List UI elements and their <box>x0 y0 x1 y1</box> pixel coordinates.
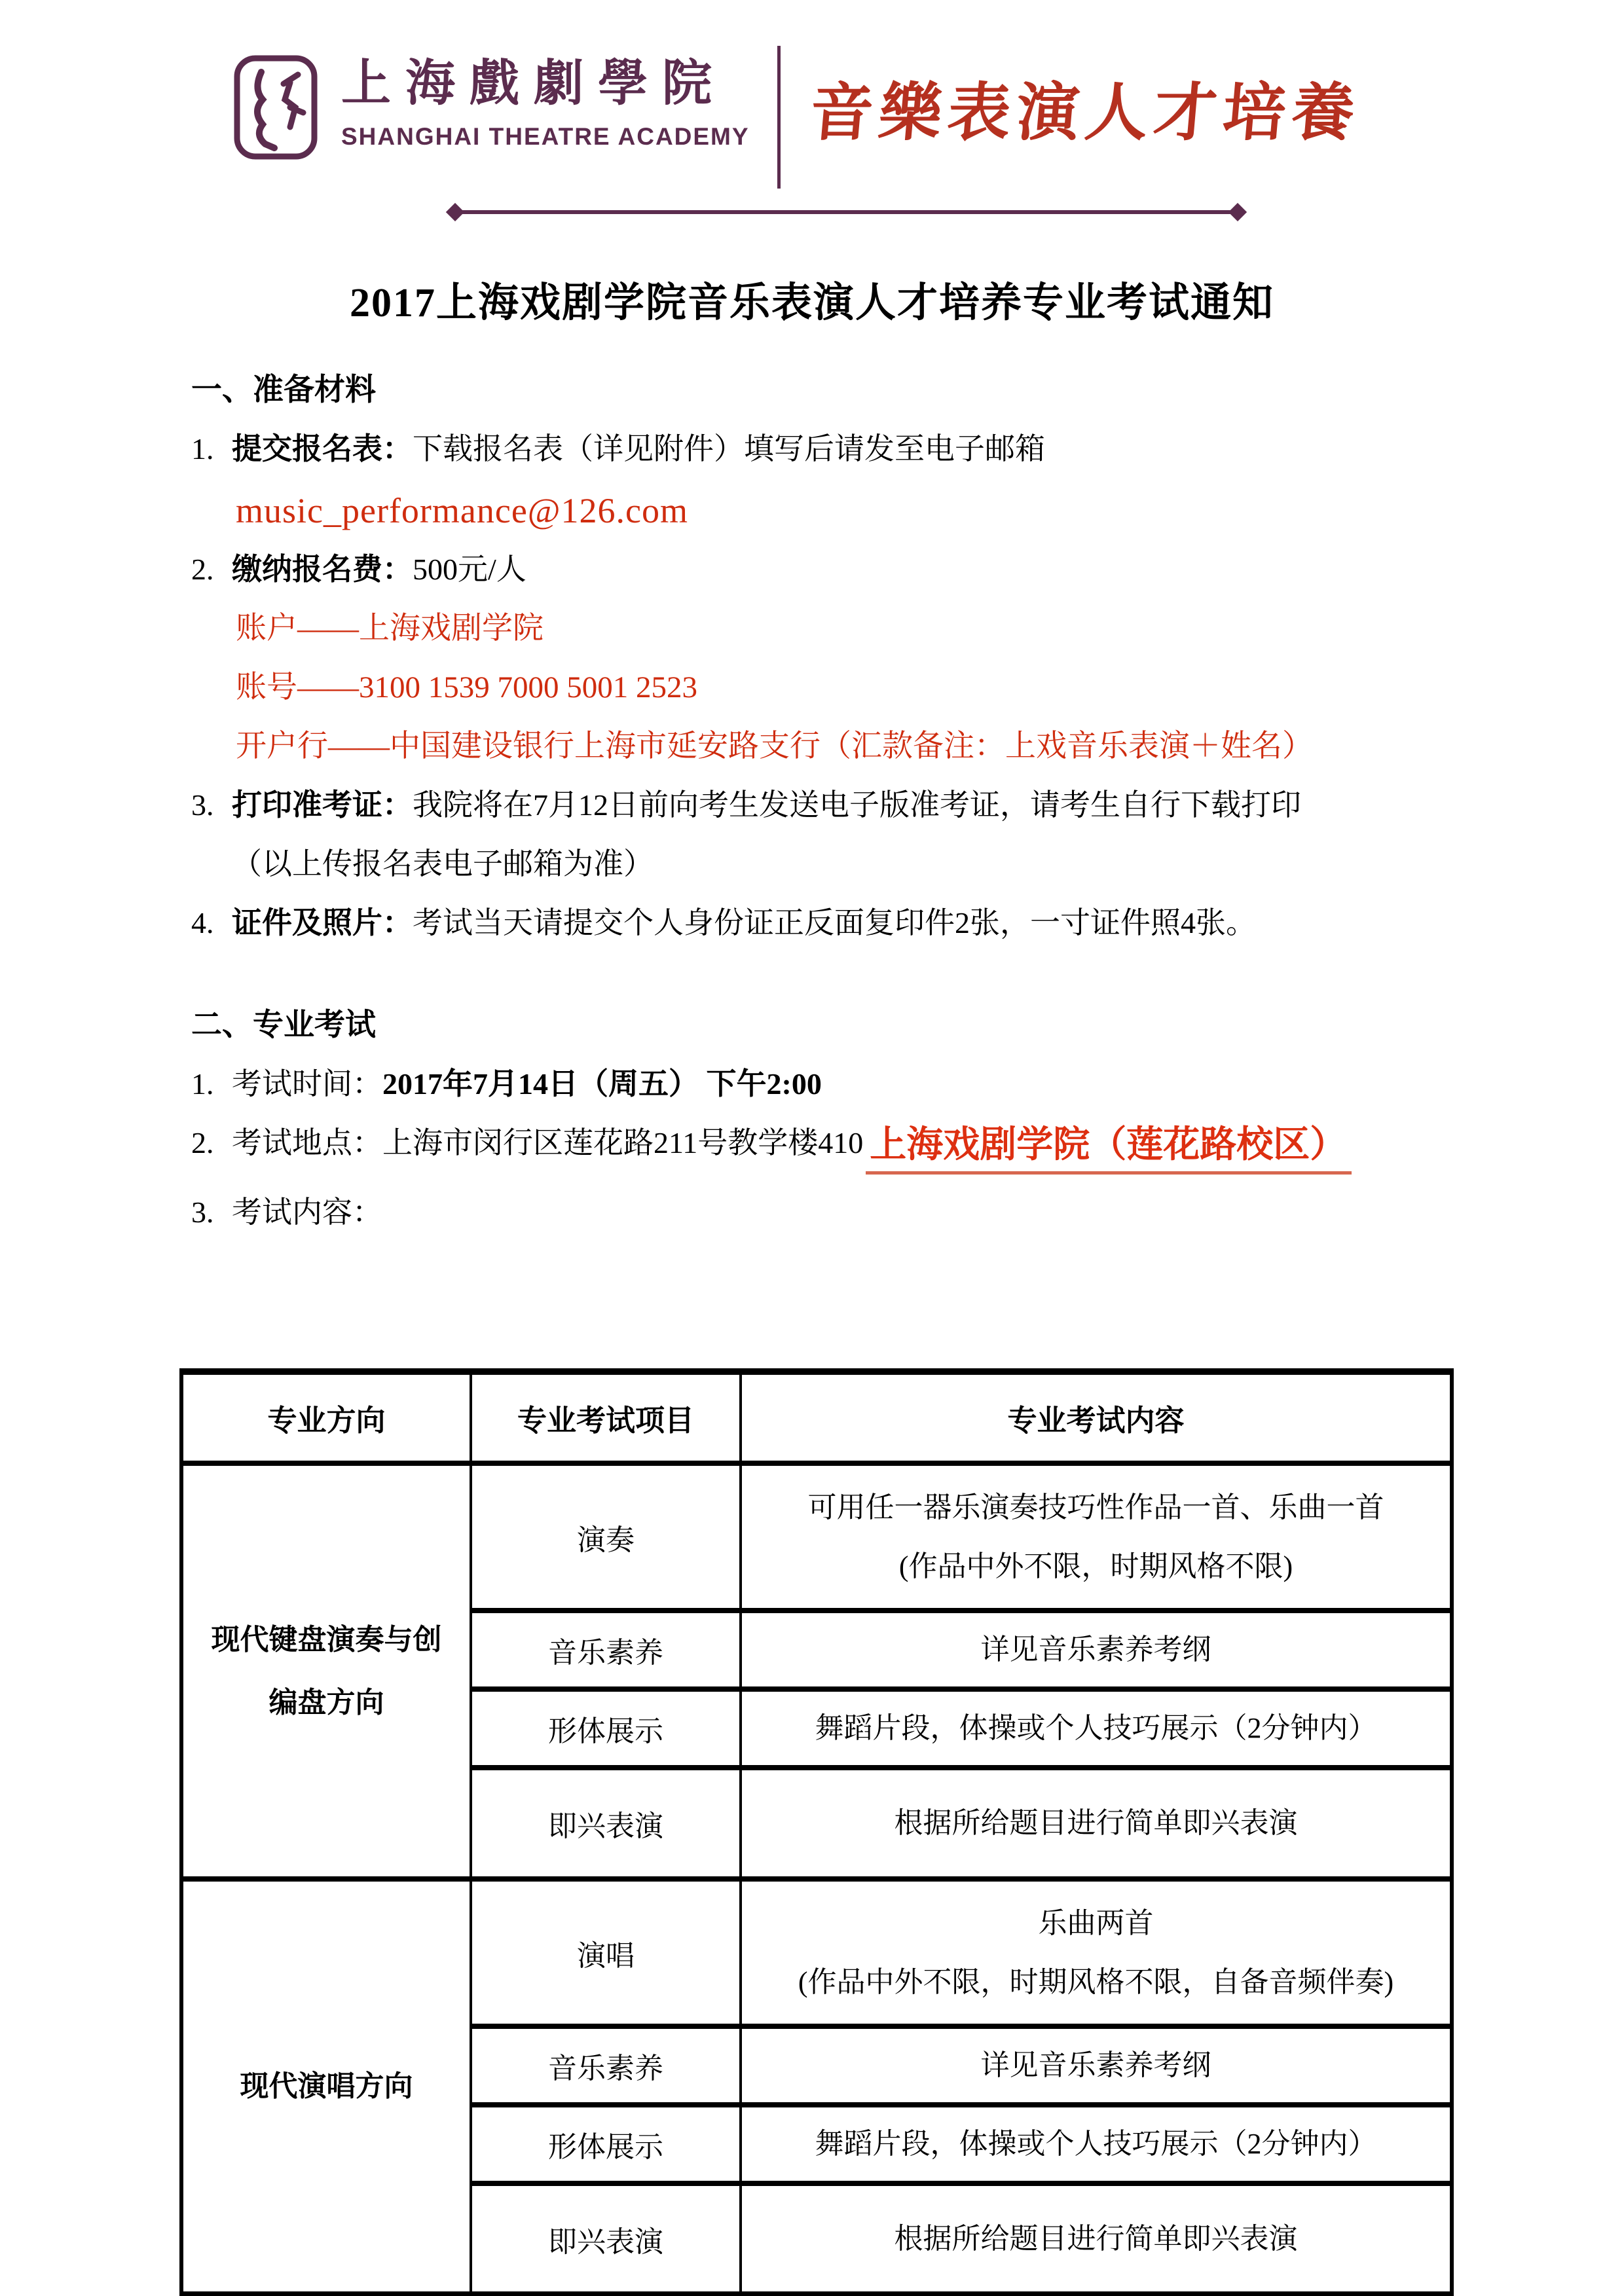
section-2-heading: 二、专业考试 <box>191 1004 1473 1046</box>
academy-name-block: 上海戲劇學院 SHANGHAI THEATRE ACADEMY <box>341 50 750 151</box>
exam-content-cell: 根据所给题目进行简单即兴表演 <box>741 1768 1452 1879</box>
exam-time-value: 2017年7月14日（周五） 下午2:00 <box>382 1067 822 1101</box>
item-number: 3. <box>191 1192 232 1233</box>
content-line2: (作品中外不限，时期风格不限，自备音频伴奏) <box>742 1958 1450 2007</box>
direction-line1: 现代演唱方向 <box>183 2055 470 2118</box>
exam-item-cell: 音乐素养 <box>471 1611 741 1689</box>
item-label: 打印准考证： <box>232 788 413 822</box>
item-number: 3. <box>191 784 232 885</box>
item-text-line2: （以上传报名表电子邮箱为准） <box>232 843 1473 885</box>
document-page: 上海戲劇學院 SHANGHAI THEATRE ACADEMY 音樂表演人才培養… <box>0 0 1624 2296</box>
exam-location-item: 2. 考试地点：上海市闵行区莲花路211号教学楼410上海戏剧学院（莲花路校区） <box>191 1122 1473 1175</box>
exam-content-item: 3. 考试内容： <box>191 1192 1473 1233</box>
item-label: 考试内容： <box>232 1195 382 1229</box>
item-number: 1. <box>191 1063 232 1105</box>
direction-line2: 编盘方向 <box>183 1671 470 1734</box>
table-header-row: 专业方向 专业考试项目 专业考试内容 <box>181 1372 1452 1463</box>
exam-location-address: 上海市闵行区莲花路211号教学楼410 <box>382 1126 863 1159</box>
item-text: 500元/人 <box>413 553 526 586</box>
exam-content-cell: 舞蹈片段，体操或个人技巧展示（2分钟内） <box>741 1689 1452 1768</box>
exam-content-cell: 详见音乐素养考纲 <box>741 1611 1452 1689</box>
exam-content-cell: 可用任一器乐演奏技巧性作品一首、乐曲一首 (作品中外不限，时期风格不限) <box>741 1463 1452 1611</box>
account-name-text: 账户——上海戏剧学院 <box>236 608 1473 649</box>
exam-item-cell: 音乐素养 <box>471 2026 741 2105</box>
letterhead-row: 上海戲劇學院 SHANGHAI THEATRE ACADEMY 音樂表演人才培養 <box>232 46 1460 189</box>
document-body: 一、准备材料 1. 提交报名表：下载报名表（详见附件）填写后请发至电子邮箱 mu… <box>191 369 1473 2296</box>
academy-en-name: SHANGHAI THEATRE ACADEMY <box>341 123 750 151</box>
table-header-item: 专业考试项目 <box>471 1372 741 1463</box>
exam-location-highlight: 上海戏剧学院（莲花路校区） <box>866 1125 1352 1175</box>
exam-content-cell: 根据所给题目进行简单即兴表演 <box>741 2183 1452 2295</box>
exam-content-cell: 乐曲两首 (作品中外不限，时期风格不限，自备音频伴奏) <box>741 1879 1452 2026</box>
account-number-text: 账号——3100 1539 7000 5001 2523 <box>236 666 1473 708</box>
content-line1: 乐曲两首 <box>742 1899 1450 1948</box>
exam-item-cell: 演奏 <box>471 1463 741 1611</box>
right-diamond-icon <box>1228 203 1247 221</box>
item-text: 下载报名表（详见附件）填写后请发至电子邮箱 <box>413 432 1045 465</box>
exam-time-item: 1. 考试时间：2017年7月14日（周五） 下午2:00 <box>191 1063 1473 1105</box>
exam-item-cell: 即兴表演 <box>471 2183 741 2295</box>
list-item-fee: 2. 缴纳报名费：500元/人 <box>191 549 1473 591</box>
academy-cn-name: 上海戲劇學院 <box>341 50 750 118</box>
diamond-rule <box>449 206 1244 219</box>
item-number: 4. <box>191 902 232 944</box>
table-row: 现代演唱方向 演唱 乐曲两首 (作品中外不限，时期风格不限，自备音频伴奏) <box>181 1879 1452 2026</box>
item-label: 提交报名表： <box>232 432 413 465</box>
direction-line1: 现代键盘演奏与创 <box>183 1609 470 1671</box>
email-text: music_performance@126.com <box>236 490 1473 532</box>
exam-content-table: 专业方向 专业考试项目 专业考试内容 现代键盘演奏与创 编盘方向 演奏 可用任一… <box>179 1368 1454 2296</box>
exam-item-cell: 形体展示 <box>471 2105 741 2183</box>
item-number: 2. <box>191 1122 232 1175</box>
item-label: 证件及照片： <box>232 906 413 939</box>
list-item-id-photos: 4. 证件及照片：考试当天请提交个人身份证正反面复印件2张，一寸证件照4张。 <box>191 902 1473 944</box>
table-header-direction: 专业方向 <box>181 1372 471 1463</box>
item-label: 考试地点： <box>232 1126 382 1159</box>
table-row: 现代键盘演奏与创 编盘方向 演奏 可用任一器乐演奏技巧性作品一首、乐曲一首 (作… <box>181 1463 1452 1611</box>
item-text: 考试当天请提交个人身份证正反面复印件2张，一寸证件照4张。 <box>413 906 1256 939</box>
exam-item-cell: 形体展示 <box>471 1689 741 1768</box>
item-label: 缴纳报名费： <box>232 553 413 586</box>
exam-content-cell: 舞蹈片段，体操或个人技巧展示（2分钟内） <box>741 2105 1452 2183</box>
exam-item-cell: 演唱 <box>471 1879 741 2026</box>
table-header-content: 专业考试内容 <box>741 1372 1452 1463</box>
exam-content-cell: 详见音乐素养考纲 <box>741 2026 1452 2105</box>
sta-seal-icon <box>232 54 319 164</box>
left-diamond-icon <box>446 203 464 221</box>
item-number: 1. <box>191 428 232 470</box>
item-number: 2. <box>191 549 232 591</box>
item-text: 我院将在7月12日前向考生发送电子版准考证，请考生自行下载打印 <box>413 788 1301 822</box>
exam-item-cell: 即兴表演 <box>471 1768 741 1879</box>
bank-branch-text: 开户行——中国建设银行上海市延安路支行（汇款备注：上戏音乐表演＋姓名） <box>236 725 1473 767</box>
direction-cell-keyboard: 现代键盘演奏与创 编盘方向 <box>181 1463 471 1879</box>
content-line2: (作品中外不限，时期风格不限) <box>742 1542 1450 1592</box>
letterhead: 上海戲劇學院 SHANGHAI THEATRE ACADEMY 音樂表演人才培養 <box>0 0 1624 219</box>
rule-line <box>462 210 1231 214</box>
content-line1: 可用任一器乐演奏技巧性作品一首、乐曲一首 <box>742 1483 1450 1533</box>
header-vertical-divider <box>777 46 781 189</box>
item-label: 考试时间： <box>232 1067 382 1101</box>
section-1-heading: 一、准备材料 <box>191 369 1473 411</box>
list-item-admission-ticket: 3. 打印准考证：我院将在7月12日前向考生发送电子版准考证，请考生自行下载打印… <box>191 784 1473 885</box>
page-title: 2017上海戏剧学院音乐表演人才培养专业考试通知 <box>0 274 1624 333</box>
program-calligraphy-banner: 音樂表演人才培養 <box>807 63 1365 153</box>
list-item-submit-form: 1. 提交报名表：下载报名表（详见附件）填写后请发至电子邮箱 <box>191 428 1473 470</box>
direction-cell-vocal: 现代演唱方向 <box>181 1879 471 2295</box>
